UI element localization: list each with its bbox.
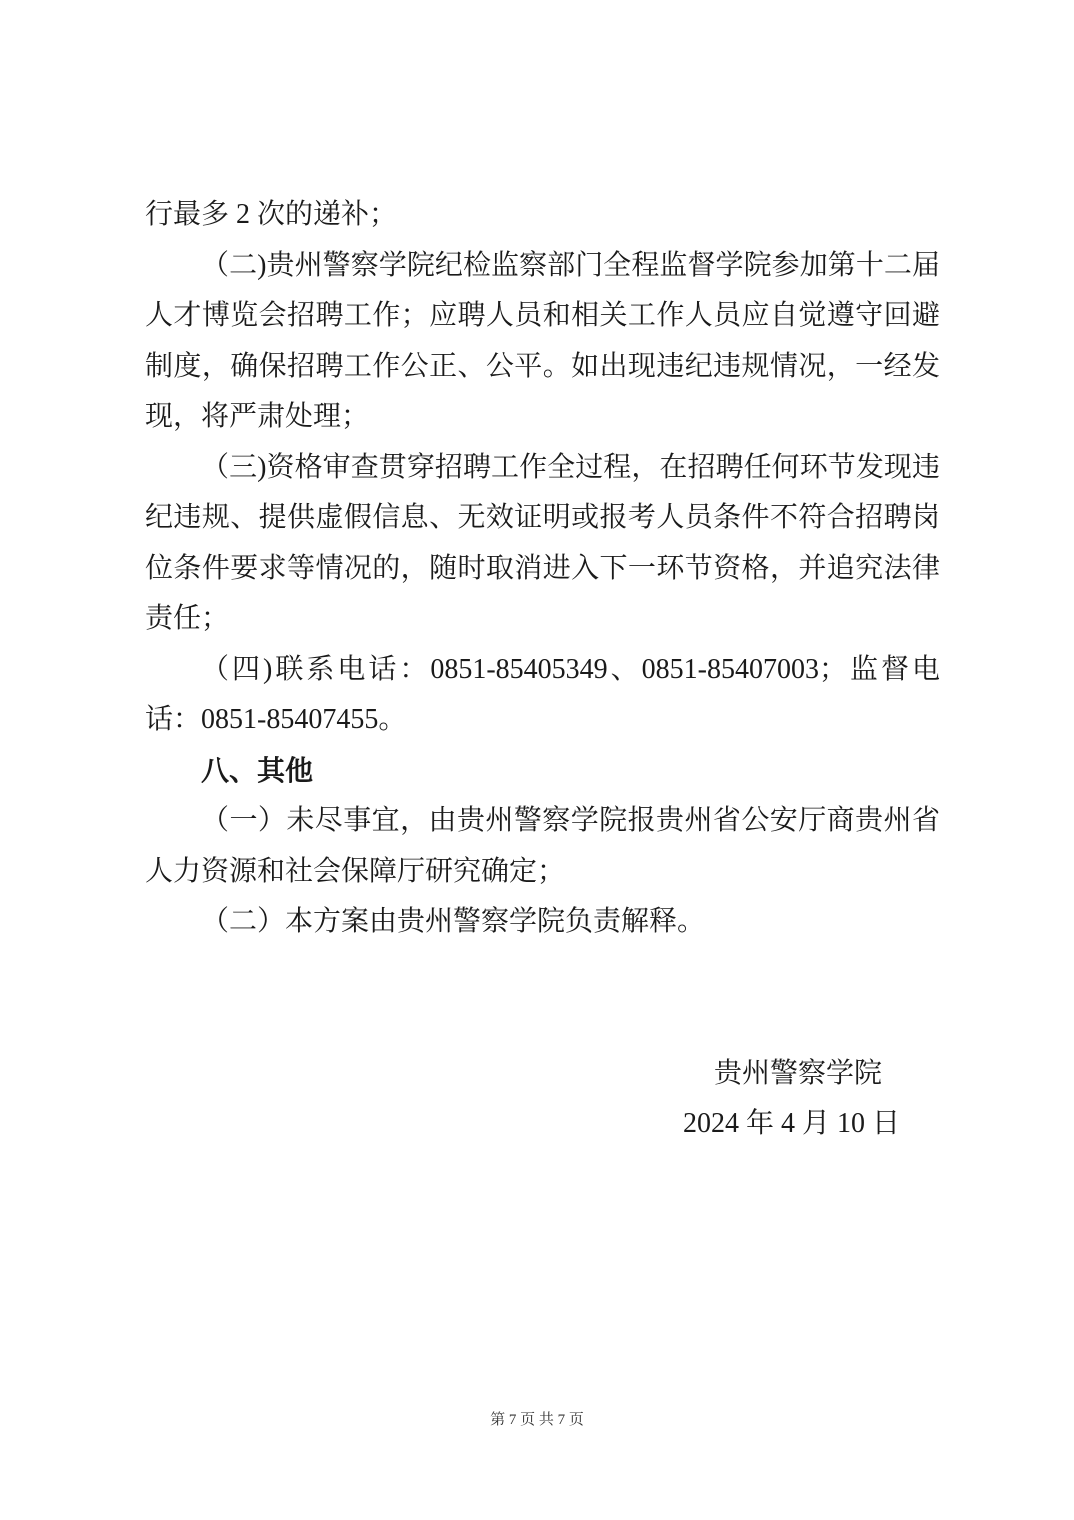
section-paragraph-one: （一）未尽事宜，由贵州警察学院报贵州省公安厅商贵州省人力资源和社会保障厅研究确定…: [145, 796, 940, 897]
paragraph-item-three: （三)资格审查贯穿招聘工作全过程，在招聘任何环节发现违纪违规、提供虚假信息、无效…: [145, 443, 940, 645]
paragraph-item-two: （二)贵州警察学院纪检监察部门全程监督学院参加第十二届人才博览会招聘工作；应聘人…: [145, 241, 940, 443]
signature-date: 2024 年 4 月 10 日: [145, 1099, 940, 1150]
section-paragraph-two: （二）本方案由贵州警察学院负责解释。: [145, 897, 940, 948]
document-page: 行最多 2 次的递补； （二)贵州警察学院纪检监察部门全程监督学院参加第十二届人…: [0, 0, 1074, 1520]
paragraph-continuation: 行最多 2 次的递补；: [145, 190, 940, 241]
signature-organization: 贵州警察学院: [145, 1049, 940, 1100]
paragraph-item-four-contact: （四)联系电话：0851-85405349、0851-85407003；监督电话…: [145, 645, 940, 746]
section-heading-other: 八、其他: [145, 746, 940, 797]
document-body: 行最多 2 次的递补； （二)贵州警察学院纪检监察部门全程监督学院参加第十二届人…: [145, 190, 940, 1150]
page-number-footer: 第 7 页 共 7 页: [0, 1410, 1074, 1430]
